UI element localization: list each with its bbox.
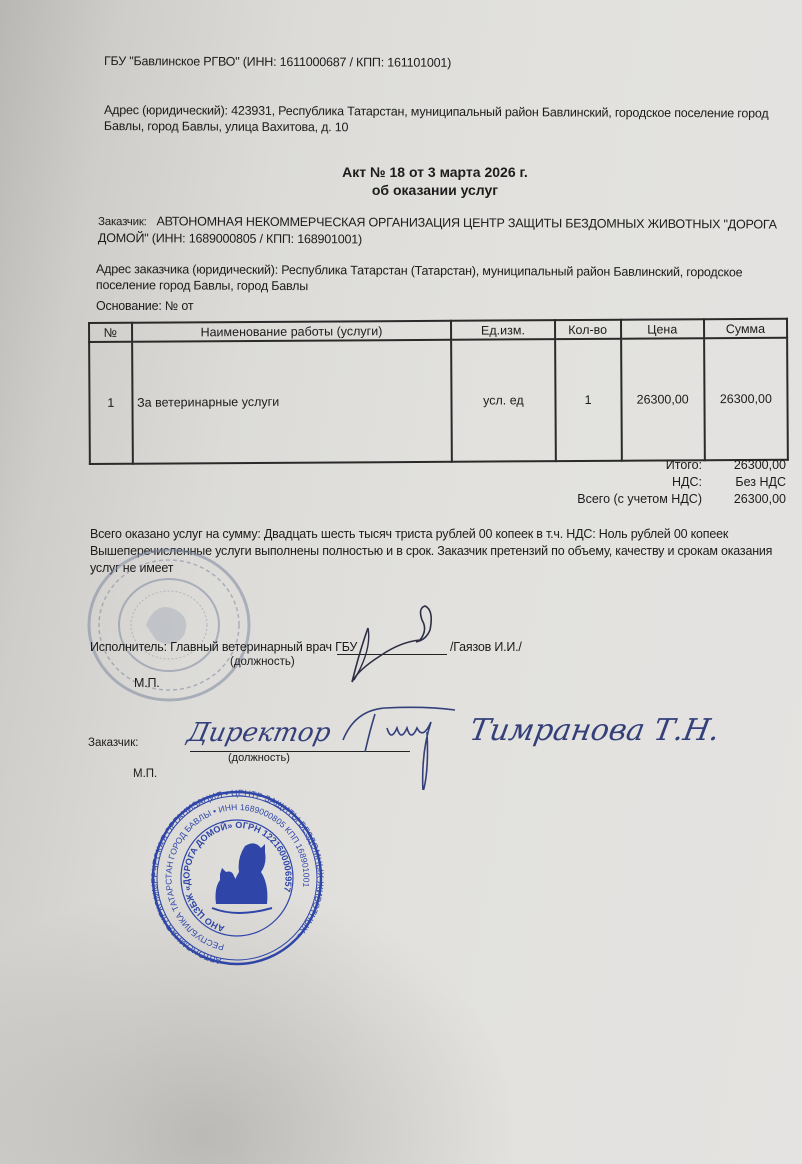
cell-service-name: За ветеринарные услуги — [132, 340, 452, 464]
basis: Основание: № от — [96, 299, 193, 313]
customer-block: Заказчик: АВТОНОМНАЯ НЕКОММЕРЧЕСКАЯ ОРГА… — [98, 213, 788, 250]
col-quantity: Кол-во — [555, 320, 621, 339]
customer-address: Адрес заказчика (юридический): Республик… — [96, 261, 776, 297]
title-line-1: Акт № 18 от 3 марта 2026 г. — [0, 163, 802, 181]
executor-name: /Гаязов И.И./ — [450, 640, 522, 654]
total-value: 26300,00 — [702, 491, 786, 508]
executor-org: ГБУ "Бавлинское РГВО" (ИНН: 1611000687 /… — [104, 54, 451, 70]
customer-handwritten-name: Тимранова Т.Н. — [467, 713, 722, 748]
customer-position-caption: (должность) — [228, 752, 290, 764]
summary-block: Всего оказано услуг на сумму: Двадцать ш… — [90, 526, 790, 577]
cell-unit: усл. ед — [451, 339, 555, 462]
table-row: 1 За ветеринарные услуги усл. ед 1 26300… — [89, 338, 788, 464]
vat-value: Без НДС — [702, 474, 786, 491]
dog-cat-icon — [212, 843, 272, 913]
customer-stamp-label: М.П. — [133, 768, 157, 780]
vat-row: НДС: Без НДС — [577, 474, 786, 491]
customer-stamp: АВТОНОМНАЯ НЕКОММЕРЧЕСКАЯ ОРГАНИЗАЦИЯ • … — [150, 788, 325, 968]
executor-stamp-label: М.П. — [134, 676, 160, 690]
vat-label: НДС: — [672, 474, 702, 491]
title-line-2: об оказании услуг — [0, 181, 802, 199]
services-table: № Наименование работы (услуги) Ед.изм. К… — [88, 318, 789, 465]
customer-name: АВТОНОМНАЯ НЕКОММЕРЧЕСКАЯ ОРГАНИЗАЦИЯ ЦЕ… — [98, 214, 777, 246]
col-price: Цена — [621, 319, 704, 339]
customer-signature-label: Заказчик: — [88, 737, 138, 749]
customer-label: Заказчик: — [98, 216, 147, 228]
col-sum: Сумма — [704, 319, 787, 339]
amount-in-words: Всего оказано услуг на сумму: Двадцать ш… — [90, 526, 790, 543]
cell-quantity: 1 — [555, 339, 622, 461]
executor-signature-line — [337, 654, 447, 655]
customer-signature — [335, 700, 475, 790]
executor-position-caption: (должность) — [230, 656, 295, 668]
total-row: Всего (с учетом НДС) 26300,00 — [577, 491, 786, 508]
document-title: Акт № 18 от 3 марта 2026 г. об оказании … — [0, 163, 802, 199]
total-label: Всего (с учетом НДС) — [577, 491, 702, 508]
cell-price: 26300,00 — [621, 338, 705, 461]
totals-block: Итого: 26300,00 НДС: Без НДС Всего (с уч… — [577, 457, 786, 508]
subtotal-row: Итого: 26300,00 — [577, 457, 786, 474]
cell-number: 1 — [89, 342, 132, 464]
subtotal-value: 26300,00 — [702, 457, 786, 474]
col-service-name: Наименование работы (услуги) — [132, 321, 452, 342]
executor-address: Адрес (юридический): 423931, Республика … — [104, 102, 784, 138]
customer-handwritten-position: Директор — [185, 718, 334, 748]
customer-signature-line — [190, 751, 410, 752]
cell-sum: 26300,00 — [704, 338, 788, 461]
executor-position: Исполнитель: Главный ветеринарный врач Г… — [90, 640, 357, 654]
completion-statement: Вышеперечисленные услуги выполнены полно… — [90, 543, 790, 577]
col-unit: Ед.изм. — [451, 320, 555, 340]
col-number: № — [89, 323, 132, 342]
subtotal-label: Итого: — [666, 457, 702, 474]
